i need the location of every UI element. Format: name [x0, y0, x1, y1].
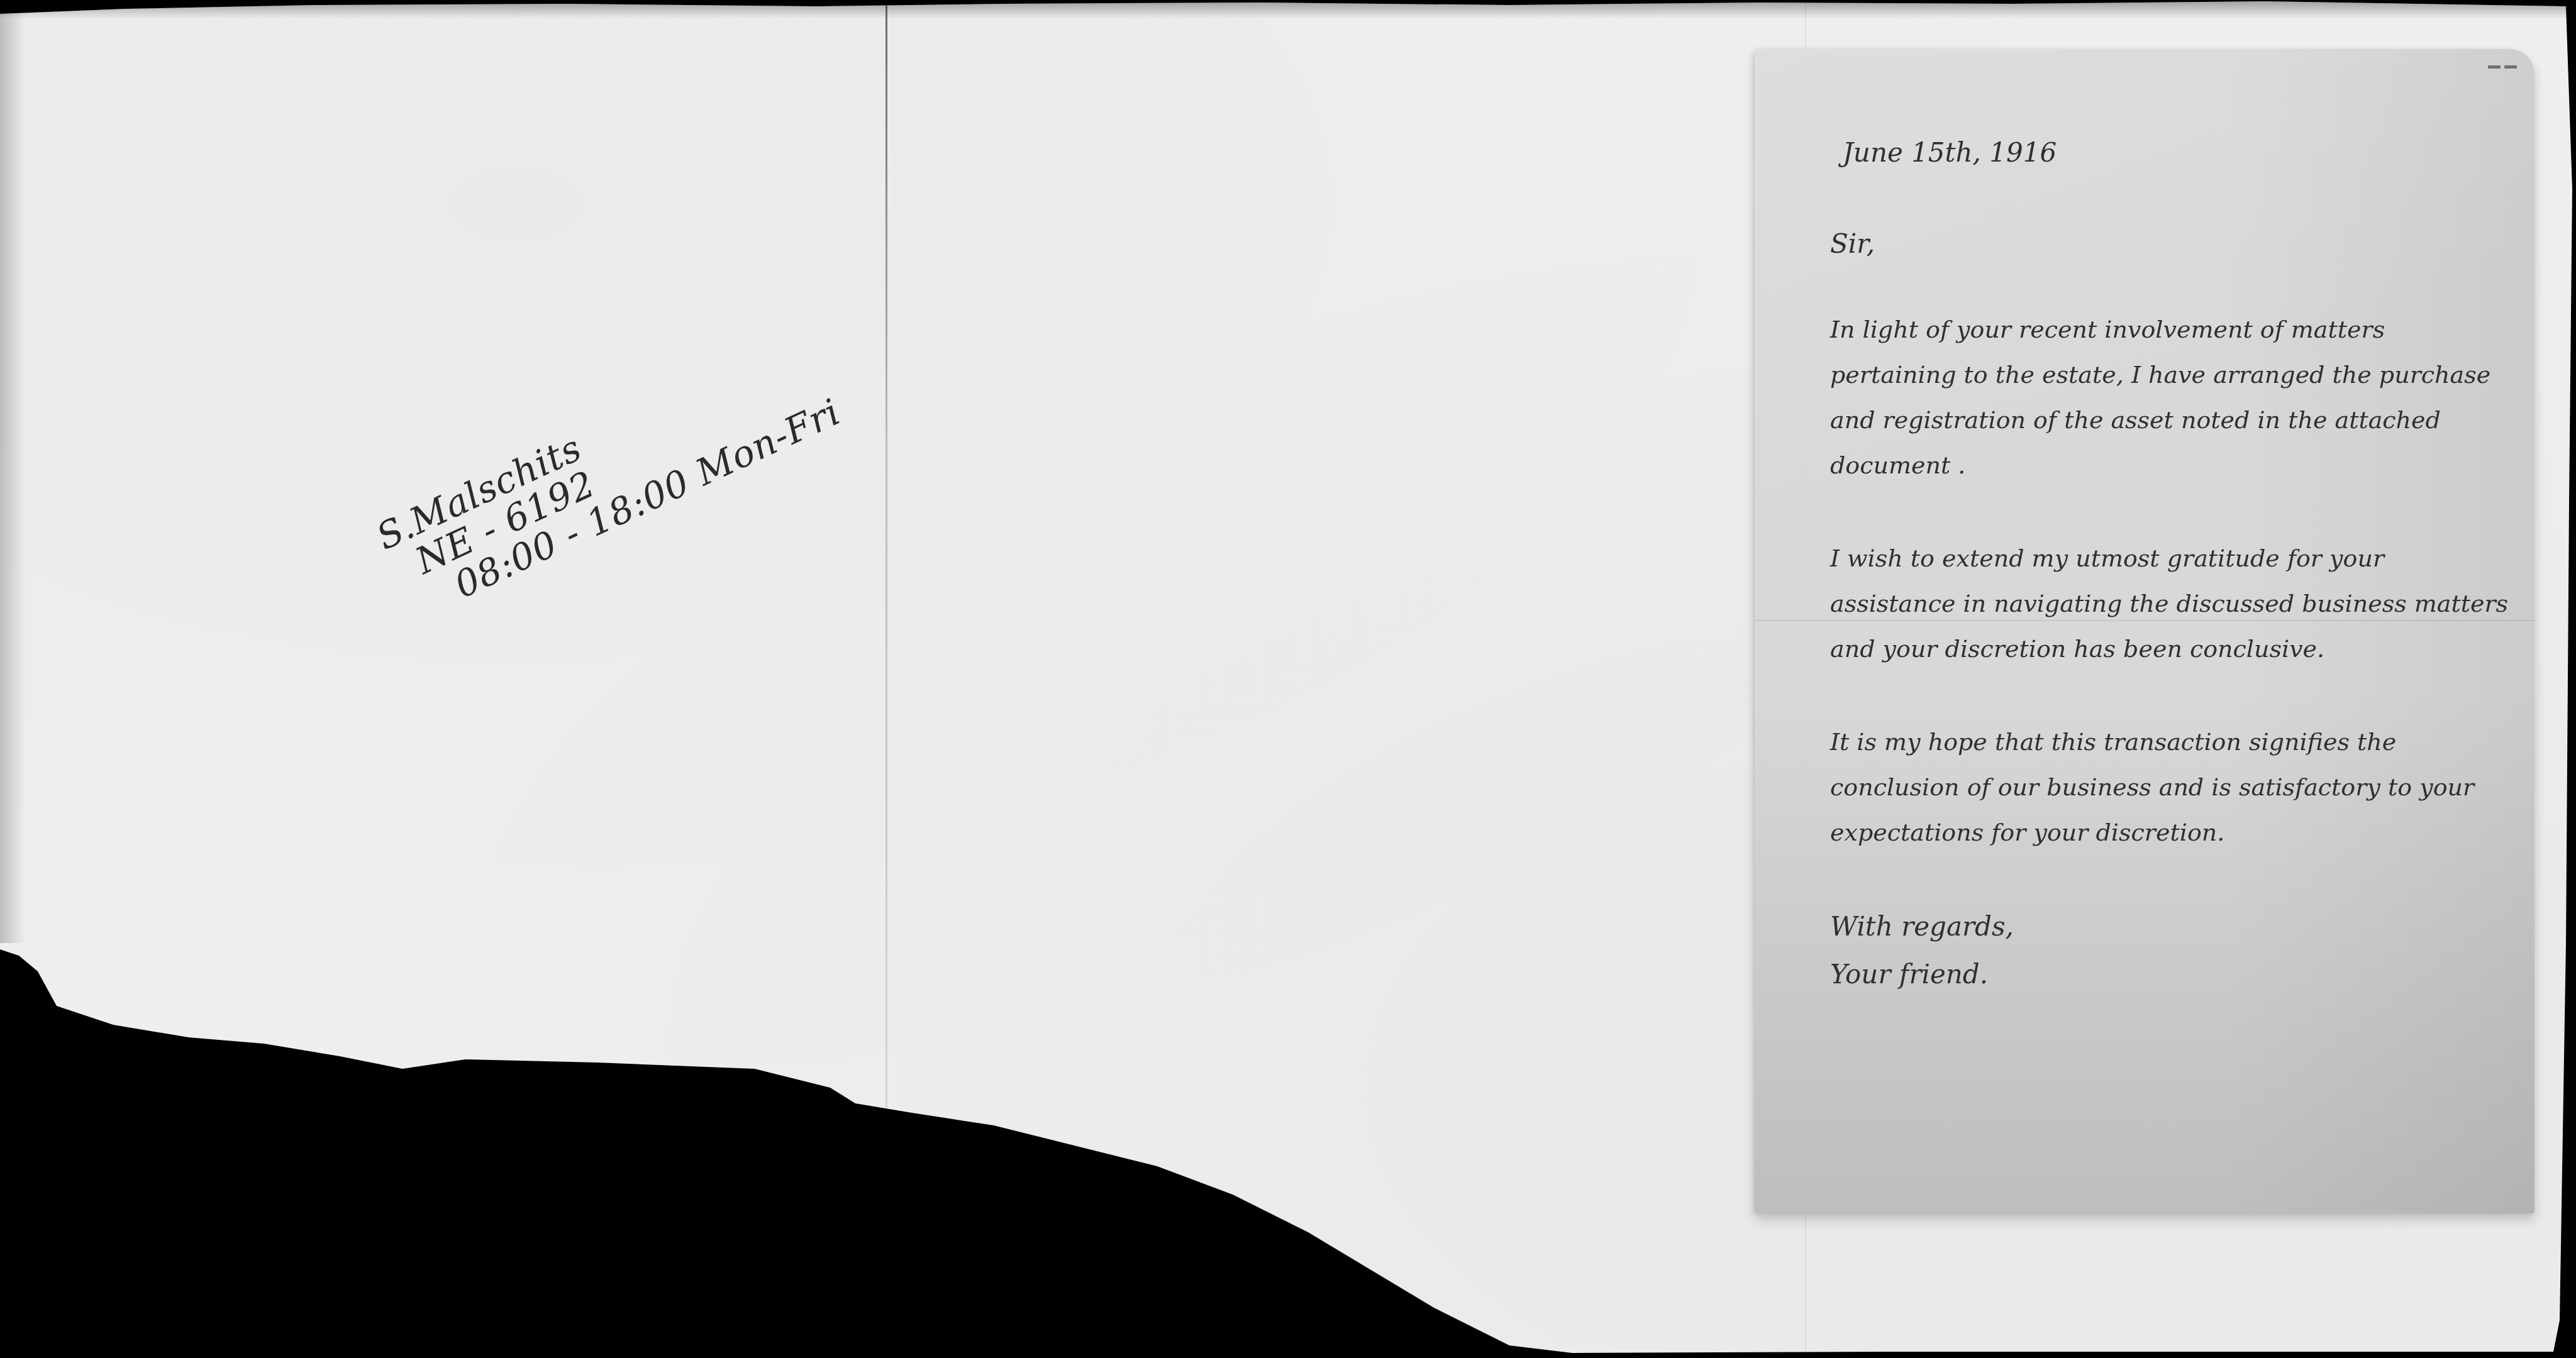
letter-document[interactable]: June 15th, 1916 Sir, In light of your re…: [1755, 49, 2534, 1213]
letter-closing: With regards,: [1830, 903, 2509, 951]
letter-body: June 15th, 1916 Sir, In light of your re…: [1830, 137, 2509, 998]
letter-paragraph-1: In light of your recent involvement of m…: [1830, 307, 2509, 488]
note-phone-code: NE - 6192: [410, 358, 830, 580]
letter-paragraph-2: I wish to extend my utmost gratitude for…: [1830, 536, 2509, 671]
handwritten-contact-note[interactable]: S.Malschits NE - 6192 08:00 - 18:00 Mon-…: [371, 323, 846, 626]
letter-paragraph-3: It is my hope that this transaction sign…: [1830, 719, 2509, 855]
letter-salutation: Sir,: [1830, 228, 2509, 259]
left-edge-grime: [0, 0, 25, 943]
staple-icon: [2488, 65, 2517, 69]
top-edge-grime: [0, 0, 2576, 19]
paper-fold-crease: [885, 0, 887, 1144]
letter-signature: Your friend.: [1830, 951, 2509, 998]
letter-date: June 15th, 1916: [1843, 137, 2509, 168]
